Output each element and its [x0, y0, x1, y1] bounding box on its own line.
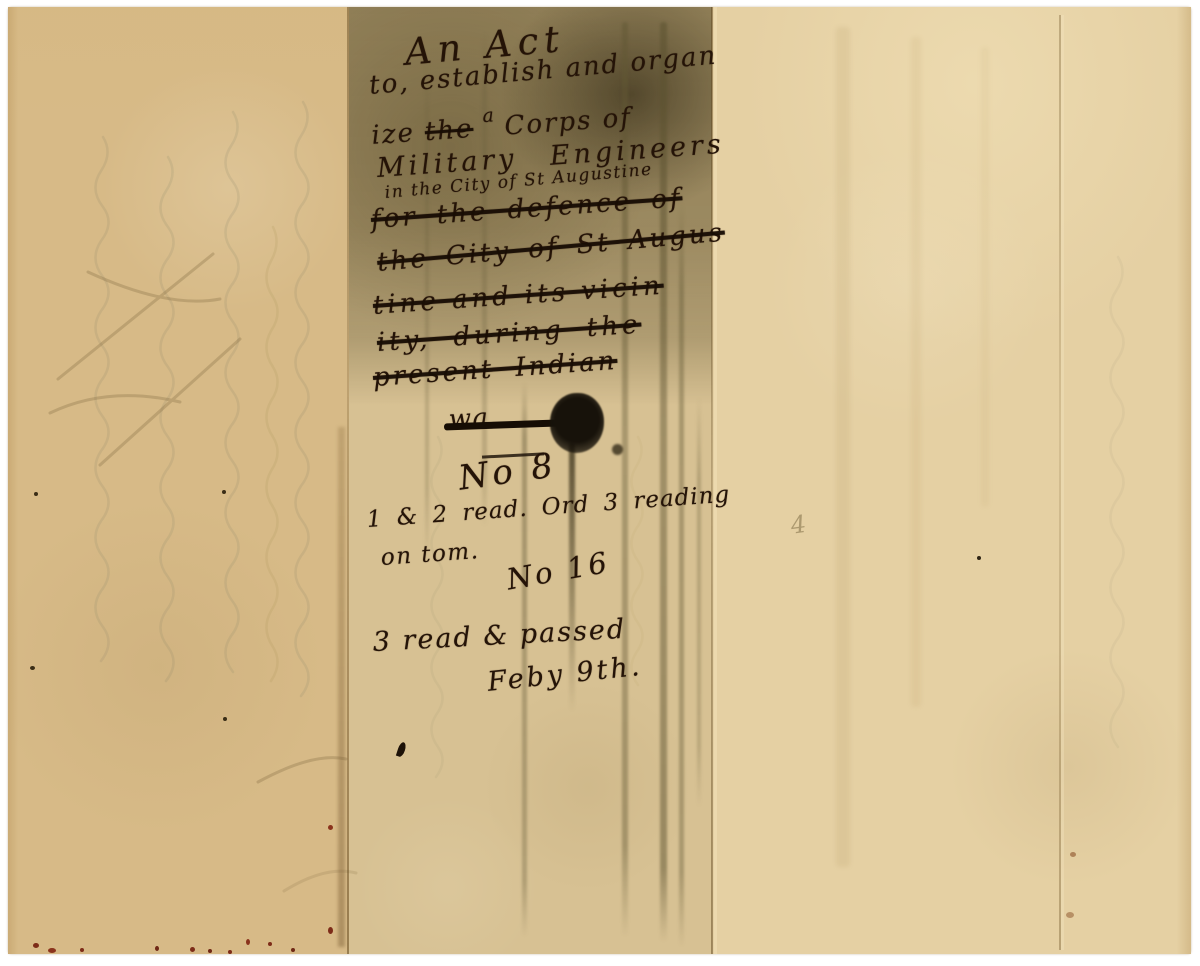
word-ize: ize: [371, 118, 416, 151]
dark-speck: [34, 492, 38, 496]
red-speck: [328, 825, 333, 830]
red-speck: [246, 939, 250, 945]
red-speck: [155, 946, 159, 951]
faint-pencil-mark: 4: [789, 510, 810, 540]
struck-word-war: wa: [448, 403, 490, 435]
red-speck: [33, 943, 39, 948]
faint-stain-band: [981, 47, 989, 507]
drip-streak: [697, 397, 701, 807]
red-speck: [48, 948, 56, 953]
red-speck: [291, 948, 295, 952]
left-fold-panel: [8, 7, 349, 954]
dark-speck: [30, 666, 35, 670]
red-speck: [190, 947, 195, 952]
red-speck: [328, 927, 333, 934]
red-speck: [1070, 852, 1076, 857]
red-speck: [208, 949, 212, 953]
ink-blot-dot: [612, 444, 623, 455]
scanned-document-page: An Act to, establish and organ izetheaCo…: [0, 0, 1200, 966]
ink-blot: [550, 393, 604, 453]
drip-streak: [679, 202, 684, 947]
faint-stain-band: [911, 37, 921, 707]
red-speck: [268, 942, 272, 946]
faint-stain-band: [836, 27, 850, 867]
dark-speck: [223, 717, 227, 721]
red-speck: [80, 948, 84, 952]
dark-speck: [222, 490, 226, 494]
red-speck: [1066, 912, 1074, 918]
inserted-word-a: a: [482, 104, 497, 127]
right-fold-panel: [712, 7, 1191, 954]
red-speck: [228, 950, 232, 954]
document-paper: An Act to, establish and organ izetheaCo…: [8, 7, 1191, 954]
dark-speck: [977, 556, 981, 560]
struck-word-the: the: [424, 114, 475, 147]
